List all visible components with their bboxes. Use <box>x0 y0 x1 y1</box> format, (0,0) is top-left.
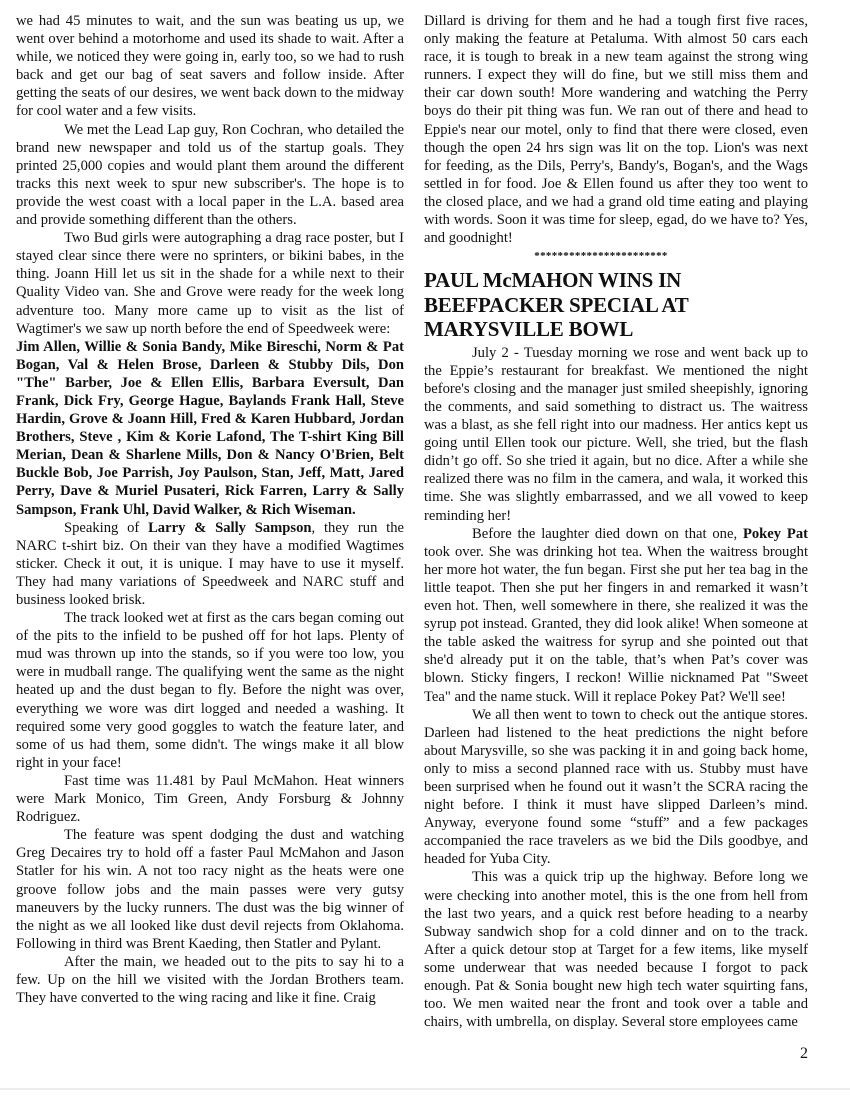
text-run: took over. She was drinking hot tea. Whe… <box>424 544 808 705</box>
text-run: Before the laughter died down on that on… <box>472 526 743 542</box>
paragraph: The feature was spent dodging the dust a… <box>16 826 404 953</box>
newsletter-page: we had 45 minutes to wait, and the sun w… <box>0 0 850 1100</box>
paragraph: The track looked wet at first as the car… <box>16 609 404 772</box>
paragraph: Two Bud girls were autographing a drag r… <box>16 229 404 338</box>
paragraph: July 2 - Tuesday morning we rose and wen… <box>424 344 808 525</box>
paragraph: Before the laughter died down on that on… <box>424 525 808 706</box>
text-run: Speaking of <box>64 520 148 536</box>
scan-edge-divider <box>0 1088 850 1090</box>
bold-name: Larry & Sally Sampson <box>148 520 311 536</box>
paragraph: Fast time was 11.481 by Paul McMahon. He… <box>16 772 404 826</box>
paragraph: we had 45 minutes to wait, and the sun w… <box>16 12 404 121</box>
visitor-names-list: Jim Allen, Willie & Sonia Bandy, Mike Bi… <box>16 338 404 519</box>
paragraph: This was a quick trip up the highway. Be… <box>424 868 808 1031</box>
paragraph: After the main, we headed out to the pit… <box>16 953 404 1007</box>
article-headline: PAUL McMAHON WINS IN BEEFPACKER SPECIAL … <box>424 268 808 342</box>
right-column: Dillard is driving for them and he had a… <box>424 12 808 1031</box>
paragraph: Speaking of Larry & Sally Sampson, they … <box>16 519 404 609</box>
bold-name: Pokey Pat <box>743 526 808 542</box>
paragraph: Dillard is driving for them and he had a… <box>424 12 808 247</box>
left-column: we had 45 minutes to wait, and the sun w… <box>16 12 404 1007</box>
paragraph: We all then went to town to check out th… <box>424 706 808 869</box>
section-separator: *********************** <box>424 247 808 265</box>
page-number: 2 <box>800 1045 808 1063</box>
paragraph: We met the Lead Lap guy, Ron Cochran, wh… <box>16 121 404 230</box>
